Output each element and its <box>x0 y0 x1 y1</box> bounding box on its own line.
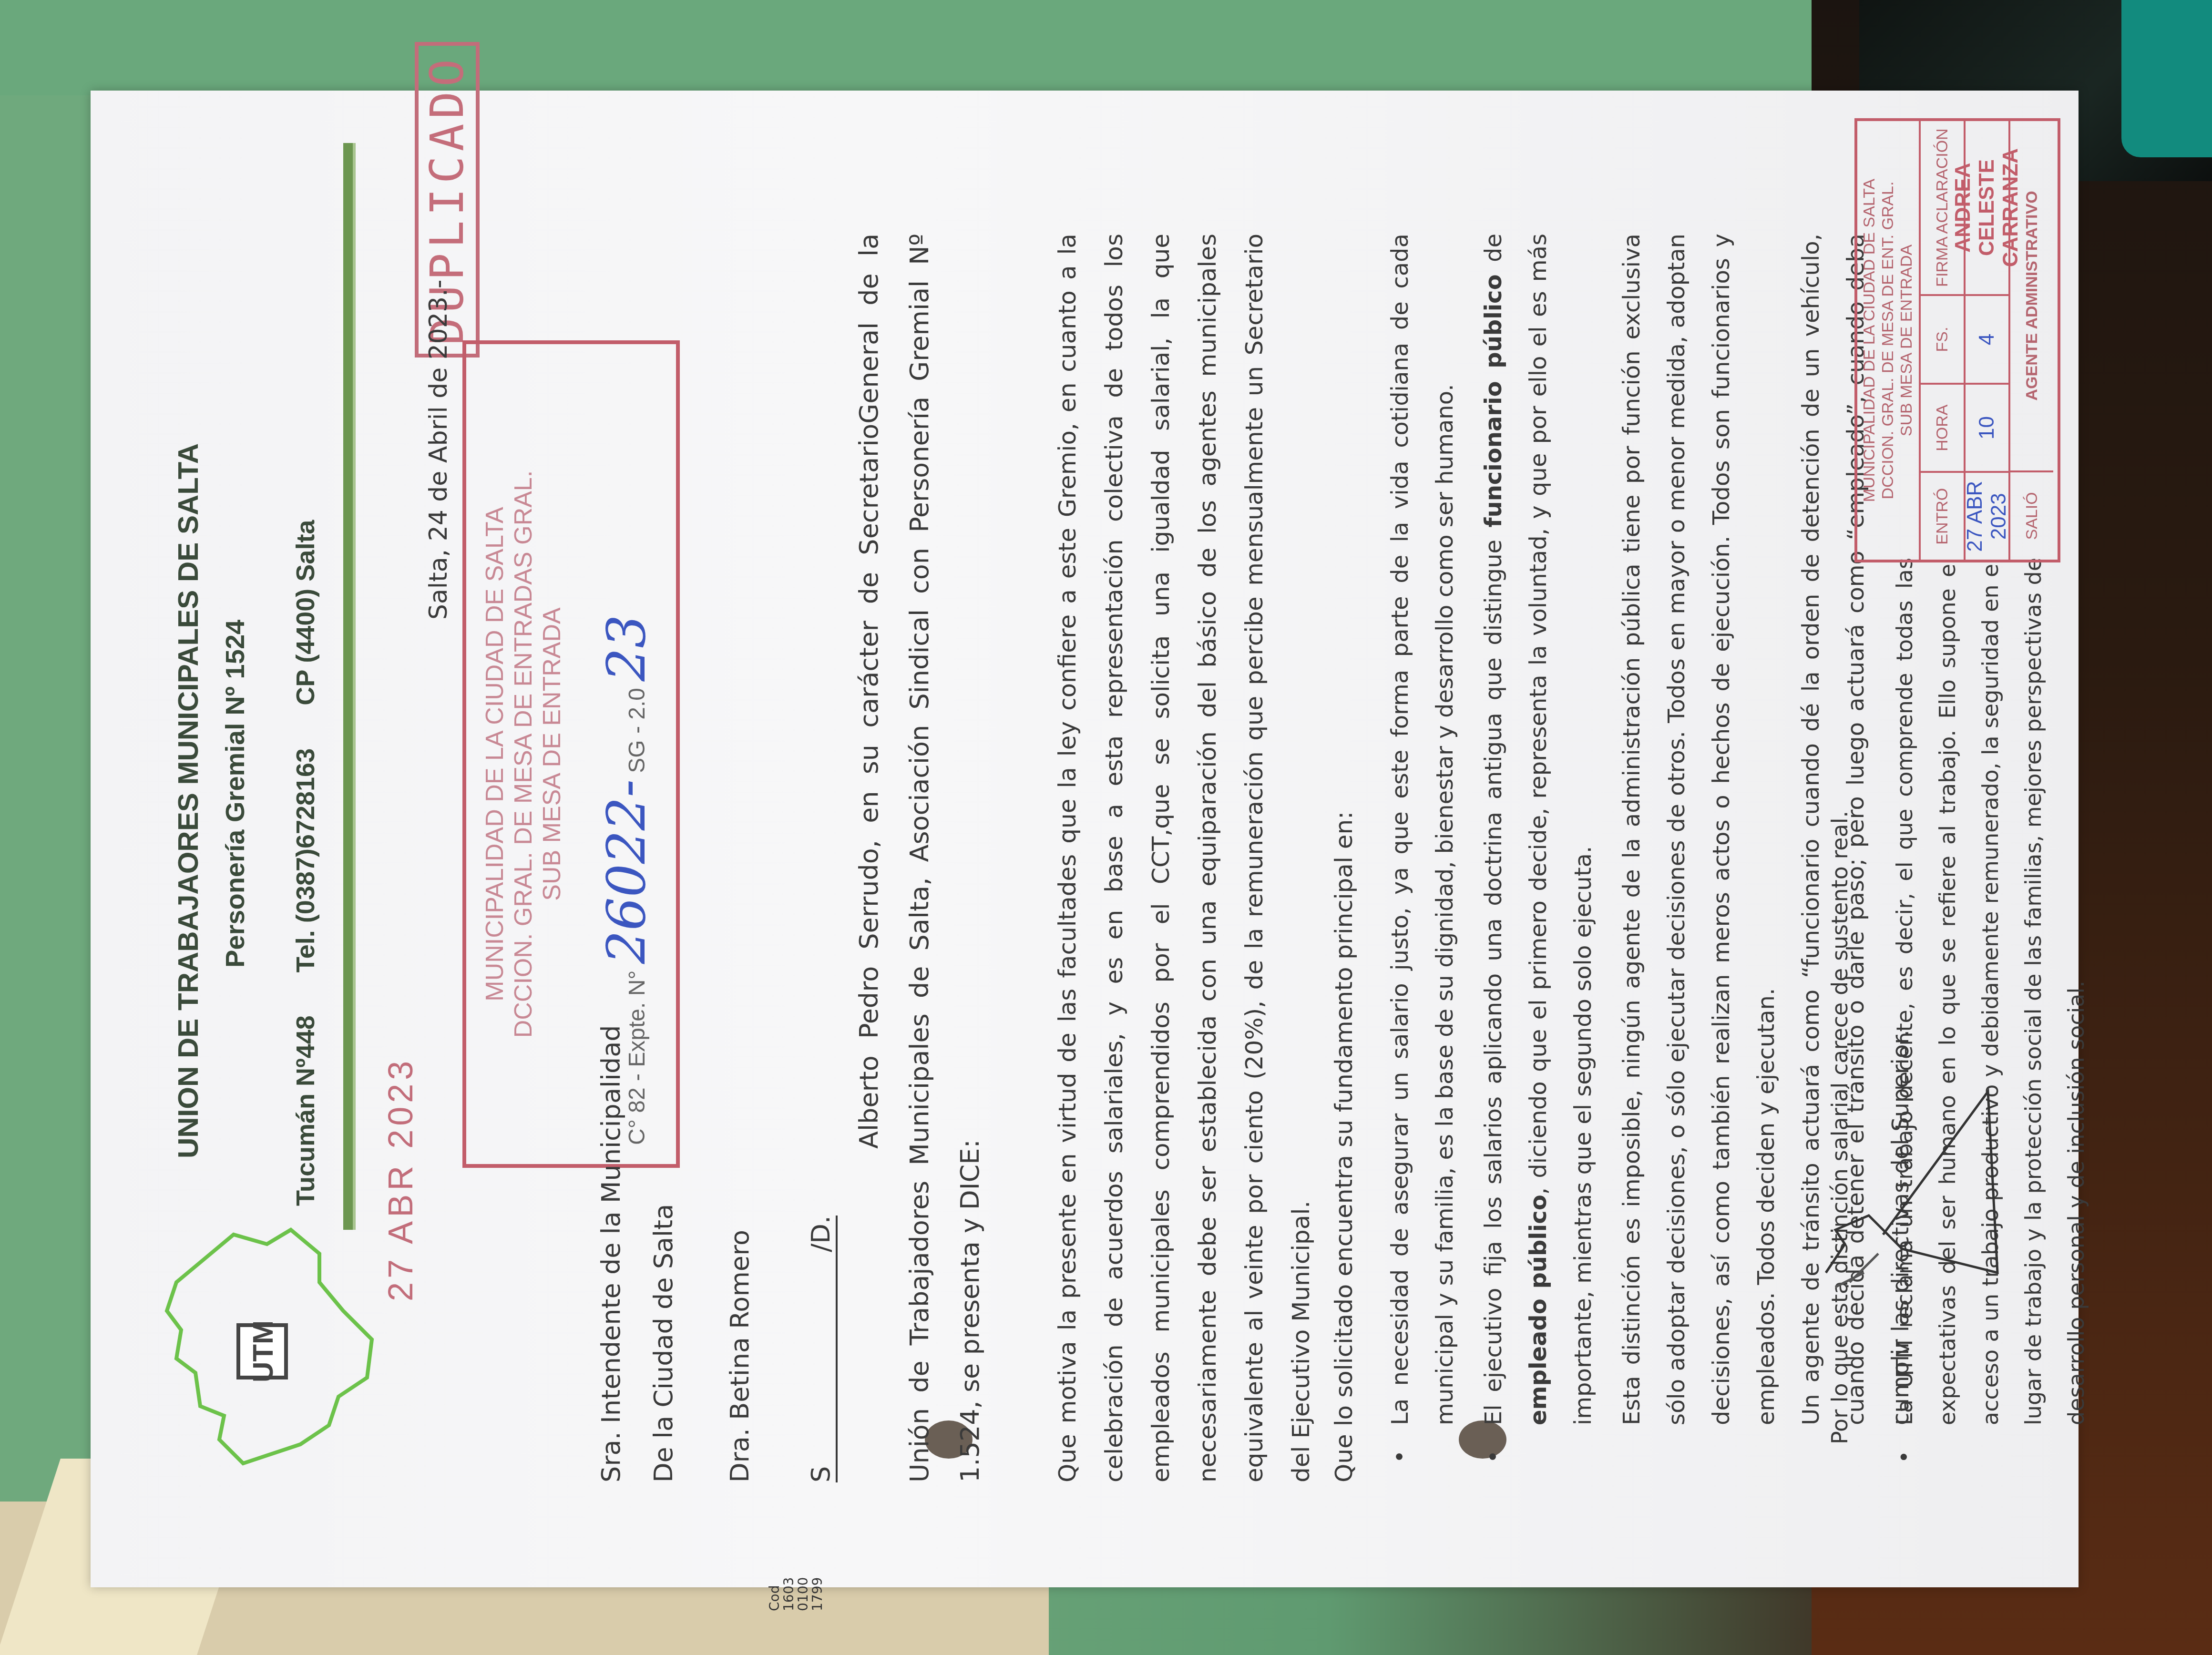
list-item: La necesidad de asegurar un salario just… <box>1378 234 1467 1463</box>
received-date-stamp: 27 ABR 2023 <box>381 1057 420 1301</box>
entry-footer-row: SALIÓ AGENTE ADMINISTRATIVO <box>2010 121 2053 560</box>
intro-paragraph: Alberto Pedro Serrudo, en su carácter de… <box>844 234 995 1482</box>
entry-value-row: 27 ABR 2023 10 4 ANDREA CELESTE CARRANZA <box>1966 121 2010 560</box>
address: Tucumán Nº448 <box>291 1015 320 1206</box>
letter-date: Salta, 24 de Abril de 2023.- <box>424 280 453 620</box>
recipient-line-3: Dra. Betina Romero <box>725 1230 755 1482</box>
personeria: Personería Gremial Nº 1524 <box>219 620 250 968</box>
municipal-entry-stamp: MUNICIPALIDAD DE LA CIUDAD DE SALTA DCCI… <box>462 340 680 1168</box>
folder-code-label: Cod 1603 0100 1799 <box>768 1559 811 1611</box>
org-name: UNION DE TRABAJAORES MUNICIPALES DE SALT… <box>172 443 205 1158</box>
header-rule <box>343 143 356 1230</box>
salutation: S /D. <box>806 1216 838 1482</box>
recipient-line-1: Sra. Intendente de la Municipalidad <box>596 1025 626 1482</box>
list-item: La UTM reclama un trabajo decente, es de… <box>1883 558 2098 1463</box>
province-map-logo-icon: UTM <box>148 1216 396 1482</box>
motive-paragraph: Que motiva la presente en virtud de las … <box>1044 234 1324 1482</box>
utm-demand-list: La UTM reclama un trabajo decente, es de… <box>1883 558 2101 1463</box>
entry-register-stamp: MUNICIPALIDAD DE LA CIUDAD DE SALTA DCCI… <box>1854 118 2060 562</box>
foundation-intro: Que lo solicitado encuentra su fundament… <box>1321 338 1367 1482</box>
document-page: UTM UNION DE TRABAJAORES MUNICIPALES DE … <box>91 91 2079 1587</box>
calculator-keys <box>2121 0 2212 157</box>
recipient-line-2: De la Ciudad de Salta <box>648 1204 678 1482</box>
list-item-continuation: Esta distinción es imposible, ningún age… <box>1609 234 1789 1463</box>
postal-code: CP (4400) Salta <box>291 520 320 705</box>
svg-text:UTM: UTM <box>247 1320 279 1382</box>
phone: Tel. (0387)6728163 <box>291 748 320 972</box>
signature-icon <box>1807 1063 2007 1301</box>
contact-row: Tucumán Nº448 Tel. (0387)6728163 CP (440… <box>291 520 320 1206</box>
letterhead: UTM UNION DE TRABAJAORES MUNICIPALES DE … <box>91 91 405 1587</box>
list-item: El ejecutivo fija los salarios aplicando… <box>1471 234 1606 1463</box>
